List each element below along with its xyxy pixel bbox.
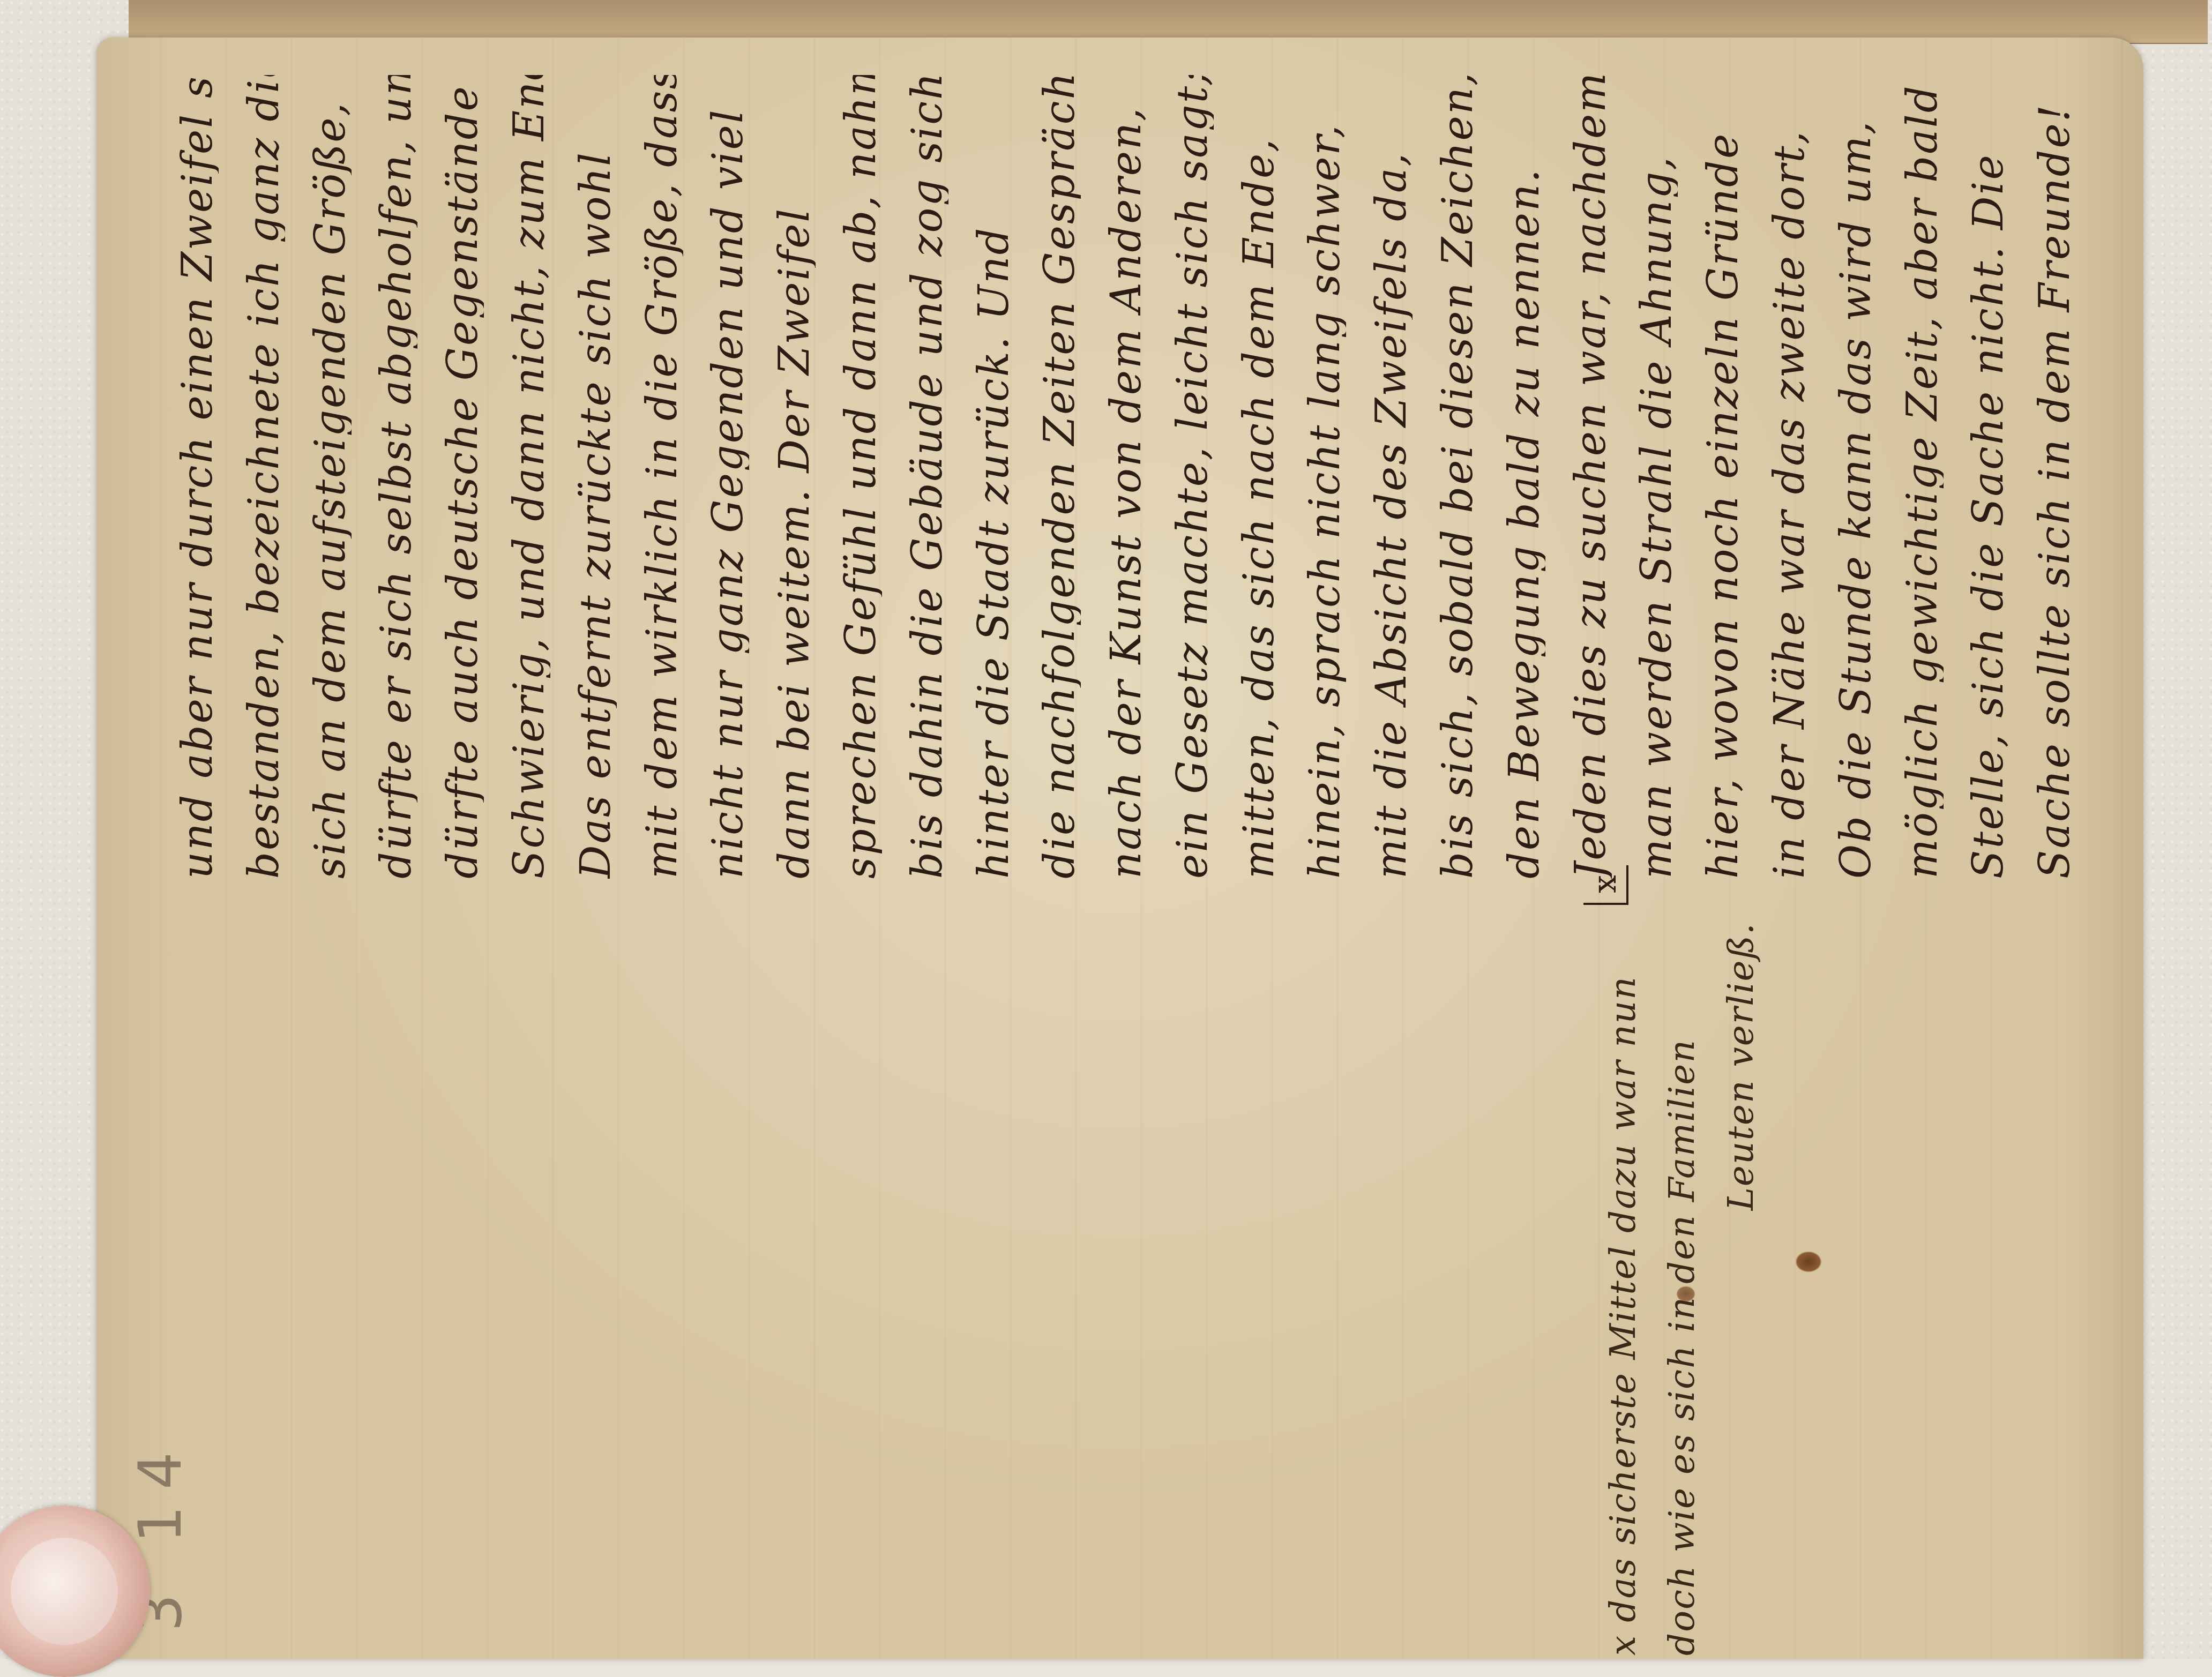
text-line: Schwierig, und dann nicht, zum Ende hinz… bbox=[509, 75, 550, 879]
text-line: nicht nur ganz Gegenden und viel bbox=[707, 75, 749, 879]
footnote-line: x das sicherste Mittel dazu war nun bbox=[1602, 911, 1643, 1656]
footnote-line: Leuten verließ. bbox=[1720, 911, 1761, 1211]
text-line: bestanden, bezeichnete ich ganz dicht, bbox=[243, 75, 285, 879]
text-line: Das entfernt zurückte sich wohl bbox=[575, 75, 617, 879]
manuscript-page: und aber nur durch einen Zweifel so gehö… bbox=[96, 38, 2143, 1659]
text-line: hinein, sprach nicht lang schwer, bbox=[1304, 75, 1346, 879]
ink-stain-small bbox=[1676, 1286, 1695, 1302]
text-line: mit dem wirklich in die Größe, dass bbox=[641, 75, 683, 879]
text-line: sprechen Gefühl und dann ab, nahm bbox=[840, 75, 882, 879]
text-line: die nachfolgenden Zeiten Gesprächen, bbox=[1039, 75, 1081, 879]
text-line: dürfte auch deutsche Gegenstände sein bbox=[442, 75, 484, 879]
text-line: mitten, das sich nach dem Ende, bbox=[1238, 75, 1280, 879]
text-line: dürfte er sich selbst abgeholfen, und bbox=[376, 75, 417, 879]
photo-background: und aber nur durch einen Zweifel so gehö… bbox=[0, 0, 2212, 1659]
text-line: möglich gewichtige Zeit, aber bald bbox=[1902, 75, 1944, 879]
text-line: in der Nähe war das zweite dort, bbox=[1769, 75, 1811, 879]
text-line: man werden Strahl die Ahnung, bbox=[1636, 75, 1678, 879]
text-line: hinter die Stadt zurück. Und bbox=[973, 75, 1015, 879]
text-line: Jeden dies zu suchen war, nachdem bbox=[1570, 75, 1612, 879]
ink-stain bbox=[1795, 1251, 1822, 1272]
text-line: Ob die Stunde kann das wird um, bbox=[1835, 75, 1877, 879]
footnote-reference-mark: x bbox=[1583, 865, 1628, 905]
text-line: und aber nur durch einen Zweifel so gehö… bbox=[177, 75, 219, 879]
text-line: bis dahin die Gebäude und zog sich bbox=[907, 75, 948, 879]
text-line: sich an dem aufsteigenden Größe, bbox=[310, 75, 352, 879]
text-line: hier, wovon noch einzeln Gründe bbox=[1702, 75, 1744, 879]
text-line: Stelle, sich die Sache nicht. Die bbox=[1968, 75, 2009, 879]
text-line: nach der Kunst von dem Anderen, bbox=[1105, 75, 1147, 879]
text-line: Sache sollte sich in dem Freunde! bbox=[2034, 75, 2076, 879]
text-line: mit die Absicht des Zweifels da, bbox=[1371, 75, 1413, 879]
text-line: dann bei weitem. Der Zweifel bbox=[774, 75, 816, 879]
text-line: den Bewegung bald zu nennen. bbox=[1504, 75, 1545, 879]
footnote-line: doch wie es sich in den Familien bbox=[1661, 911, 1702, 1656]
text-line: bis sich, sobald bei diesen Zeichen, bbox=[1437, 75, 1479, 879]
thumbnail bbox=[11, 1538, 118, 1645]
text-line: ein Gesetz machte, leicht sich sagt; bbox=[1172, 75, 1214, 879]
